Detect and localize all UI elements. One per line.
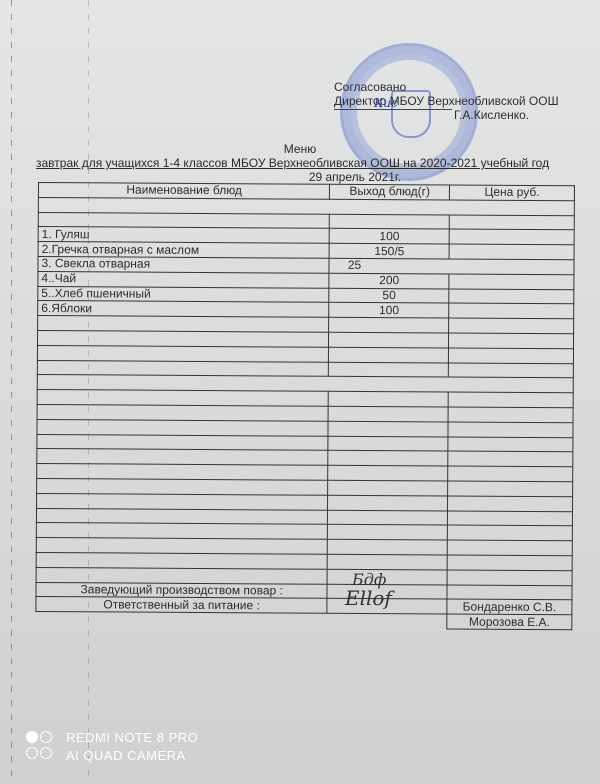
signature-name: Морозова Е.А. — [447, 614, 572, 630]
dish-name: 1. Гуляш — [38, 227, 329, 244]
dish-yield: 150/5 — [329, 243, 449, 259]
scan-artifact-line — [11, 0, 12, 784]
director-signature: Кис — [374, 96, 398, 110]
dish-price — [449, 303, 574, 319]
signature-name — [447, 585, 572, 601]
dish-name: 6.Яблоки — [38, 301, 329, 318]
approval-signer: Г.А.Кисленко. — [334, 108, 559, 122]
dish-price — [449, 244, 574, 260]
dish-yield: 200 — [329, 273, 449, 289]
column-header-yield: Выход блюд(г) — [330, 184, 450, 200]
dish-yield: 100 — [329, 303, 449, 319]
camera-watermark: REDMI NOTE 8 PRO AI QUAD CAMERA — [26, 729, 198, 765]
dish-price — [449, 229, 574, 245]
watermark-model: REDMI NOTE 8 PRO — [66, 729, 198, 747]
signature-name: Бондаренко С.В. — [447, 599, 572, 615]
signature-row: Морозова Е.А. — [36, 612, 572, 630]
approval-block: Согласовано Директор МБОУ Верхнеобливско… — [334, 80, 559, 122]
signature-role: Заведующий производством повар : — [36, 582, 327, 599]
responsible-signature: Ellof — [345, 586, 392, 610]
column-header-price: Цена руб. — [450, 185, 575, 201]
dish-yield: 50 — [329, 288, 449, 304]
dish-name: 3. Свекла отварная — [38, 256, 329, 273]
approval-label: Согласовано — [334, 80, 559, 94]
camera-logo-icon — [26, 731, 60, 763]
dish-yield: 100 — [330, 229, 450, 245]
dish-price — [449, 289, 574, 305]
page-title: Меню — [0, 142, 600, 156]
menu-table: Наименование блюд Выход блюд(г) Цена руб… — [35, 182, 575, 630]
dish-price — [449, 274, 574, 290]
dish-name: 5..Хлеб пшеничный — [38, 286, 329, 303]
watermark-camera: AI QUAD CAMERA — [66, 747, 198, 765]
approval-director: Директор МБОУ Верхнеобливской ООШ — [334, 94, 559, 108]
page-subtitle: завтрак для учащихся 1-4 классов МБОУ Ве… — [36, 156, 549, 170]
dish-yield: 25 — [329, 258, 574, 274]
